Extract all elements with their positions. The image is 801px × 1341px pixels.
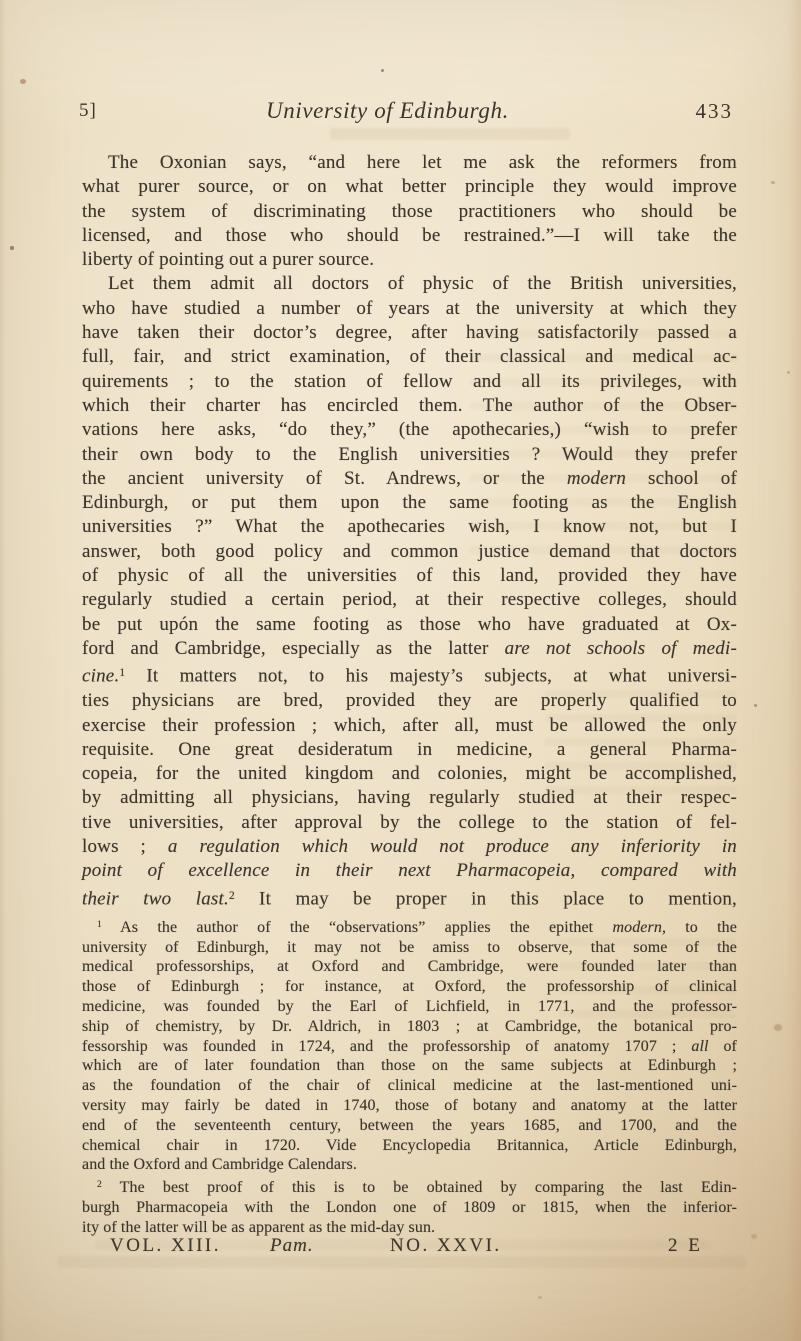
paper-stain [771, 181, 775, 184]
text-run: chemical chair in 1720. Vide Encyclopedi… [82, 1137, 737, 1154]
text-line: as the foundation of the chair of clinic… [82, 1076, 737, 1096]
text-run: quirements ; to the station of fellow an… [82, 371, 737, 392]
text-run: their two last. [82, 888, 229, 909]
text-line: liberty of pointing out a purer source. [82, 248, 737, 272]
scanned-book-page: 5] University of Edinburgh. 433 The Oxon… [0, 0, 801, 1341]
text-line: tive universities, after approval by the… [82, 811, 737, 835]
text-run: vations here asks, “do they,” (the apoth… [82, 419, 737, 440]
text-run: and the Oxford and Cambridge Calendars. [82, 1156, 357, 1173]
text-line: fessorship was founded in 1724, and the … [82, 1037, 737, 1057]
text-line: full, fair, and strict examination, of t… [82, 345, 737, 369]
text-line: those of Edinburgh ; for instance, at Ox… [82, 977, 737, 997]
text-run: be put upón the same footing as those wh… [82, 614, 737, 635]
text-line: versity may fairly be dated in 1740, tho… [82, 1096, 737, 1116]
text-run: of [709, 1038, 737, 1055]
text-run: versity may fairly be dated in 1740, tho… [82, 1097, 737, 1114]
text-line: the ancient university of St. Andrews, o… [82, 467, 737, 491]
footnotes-text: 1 As the author of the “observations” ap… [82, 915, 737, 1237]
text-run: requisite. One great desideratum in medi… [82, 739, 737, 760]
text-run: , to the [662, 919, 737, 936]
text-line: universities ?” What the apothecaries wi… [82, 515, 737, 539]
paper-stain [751, 1234, 757, 1239]
text-line: end of the seventeenth century, between … [82, 1116, 737, 1136]
paper-stain [538, 1296, 542, 1299]
text-line: which their charter has encircled them. … [82, 394, 737, 418]
text-run: Edinburgh, or put them upon the same foo… [82, 492, 737, 513]
text-run: who have studied a number of years at th… [82, 298, 737, 319]
text-line: copeia, for the united kingdom and colon… [82, 762, 737, 786]
text-line: and the Oxford and Cambridge Calendars. [82, 1155, 737, 1175]
text-line: have taken their doctor’s degree, after … [82, 321, 737, 345]
text-line: medical professorships, at Oxford and Ca… [82, 957, 737, 977]
text-line: requisite. One great desideratum in medi… [82, 738, 737, 762]
text-run: medical professorships, at Oxford and Ca… [82, 958, 737, 975]
text-line: which are of later foundation than those… [82, 1056, 737, 1076]
text-line: Let them admit all doctors of physic of … [82, 272, 737, 296]
text-line: licensed, and those who should be restra… [82, 224, 737, 248]
text-run: licensed, and those who should be restra… [82, 225, 737, 246]
text-line: ford and Cambridge, especially as the la… [82, 637, 737, 661]
text-run: exercise their profession ; which, after… [82, 715, 737, 736]
text-run: of physic of all the universities of thi… [82, 565, 737, 586]
text-run: medicine, was founded by the Earl of Lic… [82, 998, 737, 1015]
text-line: their two last.2 It may be proper in thi… [82, 884, 737, 912]
text-run: ford and Cambridge, especially as the la… [82, 638, 505, 659]
text-run: a regulation which would not produce any… [168, 836, 737, 857]
text-run: their own body to the English universiti… [82, 444, 737, 465]
text-run: Let them admit all doctors of physic of … [108, 273, 737, 294]
text-line: quirements ; to the station of fellow an… [82, 370, 737, 394]
page-number: 433 [696, 99, 734, 124]
text-line: exercise their profession ; which, after… [82, 714, 737, 738]
gathering-signature: 2 E [668, 1235, 703, 1257]
text-line: be put upón the same footing as those wh… [82, 613, 737, 637]
text-run: ship of chemistry, by Dr. Aldrich, in 18… [82, 1018, 737, 1035]
text-run: as the foundation of the chair of clinic… [82, 1077, 737, 1094]
text-line: 1 As the author of the “observations” ap… [82, 915, 737, 938]
text-run: answer, both good policy and common just… [82, 541, 737, 562]
text-run: school of [626, 468, 737, 489]
text-line: university of Edinburgh, it may not be a… [82, 938, 737, 958]
paper-stain [754, 704, 757, 707]
text-line: of physic of all the universities of thi… [82, 564, 737, 588]
text-run: modern [612, 919, 661, 936]
text-line: the system of discriminating those pract… [82, 200, 737, 224]
issue-number-label: NO. XXVI. [390, 1235, 502, 1257]
text-line: Edinburgh, or put them upon the same foo… [82, 491, 737, 515]
text-line: what purer source, or on what better pri… [82, 175, 737, 199]
text-run: lows ; [82, 836, 168, 857]
paper-stain [787, 371, 790, 374]
text-run: It matters not, to his majesty’s subject… [125, 666, 737, 687]
text-run: which are of later foundation than those… [82, 1057, 737, 1074]
text-run: As the author of the “observations” appl… [102, 919, 613, 936]
text-line: burgh Pharmacopeia with the London one o… [82, 1198, 737, 1218]
text-run: those of Edinburgh ; for instance, at Ox… [82, 978, 737, 995]
text-line: answer, both good policy and common just… [82, 540, 737, 564]
text-run: burgh Pharmacopeia with the London one o… [82, 1199, 737, 1216]
series-label: Pam. [270, 1235, 314, 1257]
text-line: by admitting all physicians, having regu… [82, 786, 737, 810]
text-line: medicine, was founded by the Earl of Lic… [82, 997, 737, 1017]
text-run: copeia, for the united kingdom and colon… [82, 763, 737, 784]
paper-stain [774, 1024, 782, 1031]
text-run: tive universities, after approval by the… [82, 812, 737, 833]
text-run: The best proof of this is to be obtained… [102, 1179, 737, 1196]
page-footer: VOL. XIII. Pam. NO. XXVI. 2 E [82, 1235, 737, 1261]
volume-label: VOL. XIII. [110, 1235, 221, 1257]
text-run: fessorship was founded in 1724, and the … [82, 1038, 691, 1055]
paper-stain [381, 69, 384, 72]
text-run: regularly studied a certain period, at t… [82, 589, 737, 610]
paper-stain [20, 79, 26, 84]
text-line: point of excellence in their next Pharma… [82, 859, 737, 883]
text-run: The Oxonian says, “and here let me ask t… [108, 152, 737, 173]
text-run: are not schools of medi- [505, 638, 737, 659]
text-run: which their charter has encircled them. … [82, 395, 737, 416]
text-line: lows ; a regulation which would not prod… [82, 835, 737, 859]
text-run: university of Edinburgh, it may not be a… [82, 939, 737, 956]
text-line: 2 The best proof of this is to be obtain… [82, 1175, 737, 1198]
text-run: modern [567, 468, 626, 489]
text-line: regularly studied a certain period, at t… [82, 588, 737, 612]
text-line: cine.1 It matters not, to his majesty’s … [82, 661, 737, 689]
text-run: ties physicians are bred, provided they … [82, 690, 737, 711]
text-run: by admitting all physicians, having regu… [82, 787, 737, 808]
text-line: ship of chemistry, by Dr. Aldrich, in 18… [82, 1017, 737, 1037]
text-run: the system of discriminating those pract… [82, 201, 737, 222]
text-line: their own body to the English universiti… [82, 443, 737, 467]
text-line: The Oxonian says, “and here let me ask t… [82, 151, 737, 175]
text-run: all [691, 1038, 708, 1055]
text-line: ties physicians are bred, provided they … [82, 689, 737, 713]
running-title: University of Edinburgh. [38, 98, 737, 124]
text-run: ity of the latter will be as apparent as… [82, 1219, 435, 1236]
body-text: The Oxonian says, “and here let me ask t… [82, 151, 737, 912]
text-run: point of excellence in their next Pharma… [82, 860, 737, 881]
text-run: the ancient university of St. Andrews, o… [82, 468, 567, 489]
text-run: It may be proper in this place to mentio… [235, 888, 737, 909]
text-line: vations here asks, “do they,” (the apoth… [82, 418, 737, 442]
paper-stain [10, 246, 14, 250]
text-run: what purer source, or on what better pri… [82, 176, 737, 197]
text-run: liberty of pointing out a purer source. [82, 249, 374, 270]
text-run: have taken their doctor’s degree, after … [82, 322, 737, 343]
text-line: who have studied a number of years at th… [82, 297, 737, 321]
text-run: end of the seventeenth century, between … [82, 1117, 737, 1134]
text-run: universities ?” What the apothecaries wi… [82, 516, 737, 537]
text-run: full, fair, and strict examination, of t… [82, 346, 737, 367]
text-line: chemical chair in 1720. Vide Encyclopedi… [82, 1136, 737, 1156]
text-run: cine. [82, 666, 119, 687]
page-header: 5] University of Edinburgh. 433 [82, 98, 737, 130]
